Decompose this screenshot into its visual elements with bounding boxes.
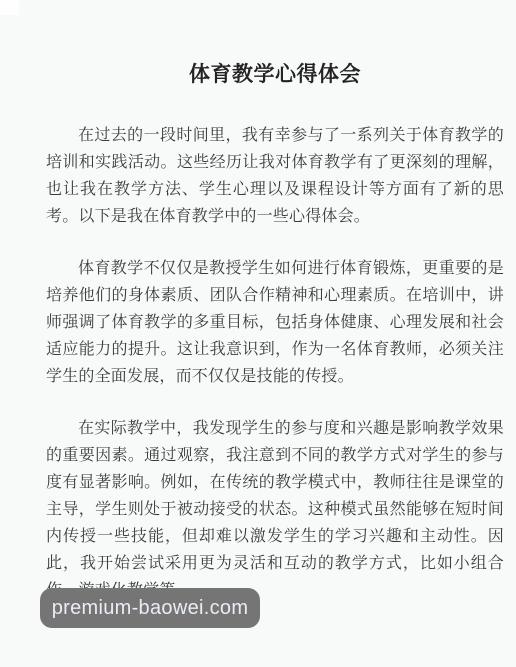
- paragraph-goals: 体育教学不仅仅是教授学生如何进行体育锻炼，更重要的是培养他们的身体素质、团队合作…: [46, 255, 504, 390]
- document-title: 体育教学心得体会: [46, 61, 504, 89]
- watermark-label: premium-baowei.com: [52, 597, 249, 620]
- document-page: 体育教学心得体会 在过去的一段时间里，我有幸参与了一系列关于体育教学的培训和实践…: [46, 61, 504, 629]
- paragraph-intro: 在过去的一段时间里，我有幸参与了一系列关于体育教学的培训和实践活动。这些经历让我…: [46, 122, 504, 230]
- watermark-badge: premium-baowei.com: [40, 588, 260, 628]
- corner-white-patch: [0, 0, 19, 15]
- paragraph-practice: 在实际教学中，我发现学生的参与度和兴趣是影响教学效果的重要因素。通过观察，我注意…: [46, 415, 504, 604]
